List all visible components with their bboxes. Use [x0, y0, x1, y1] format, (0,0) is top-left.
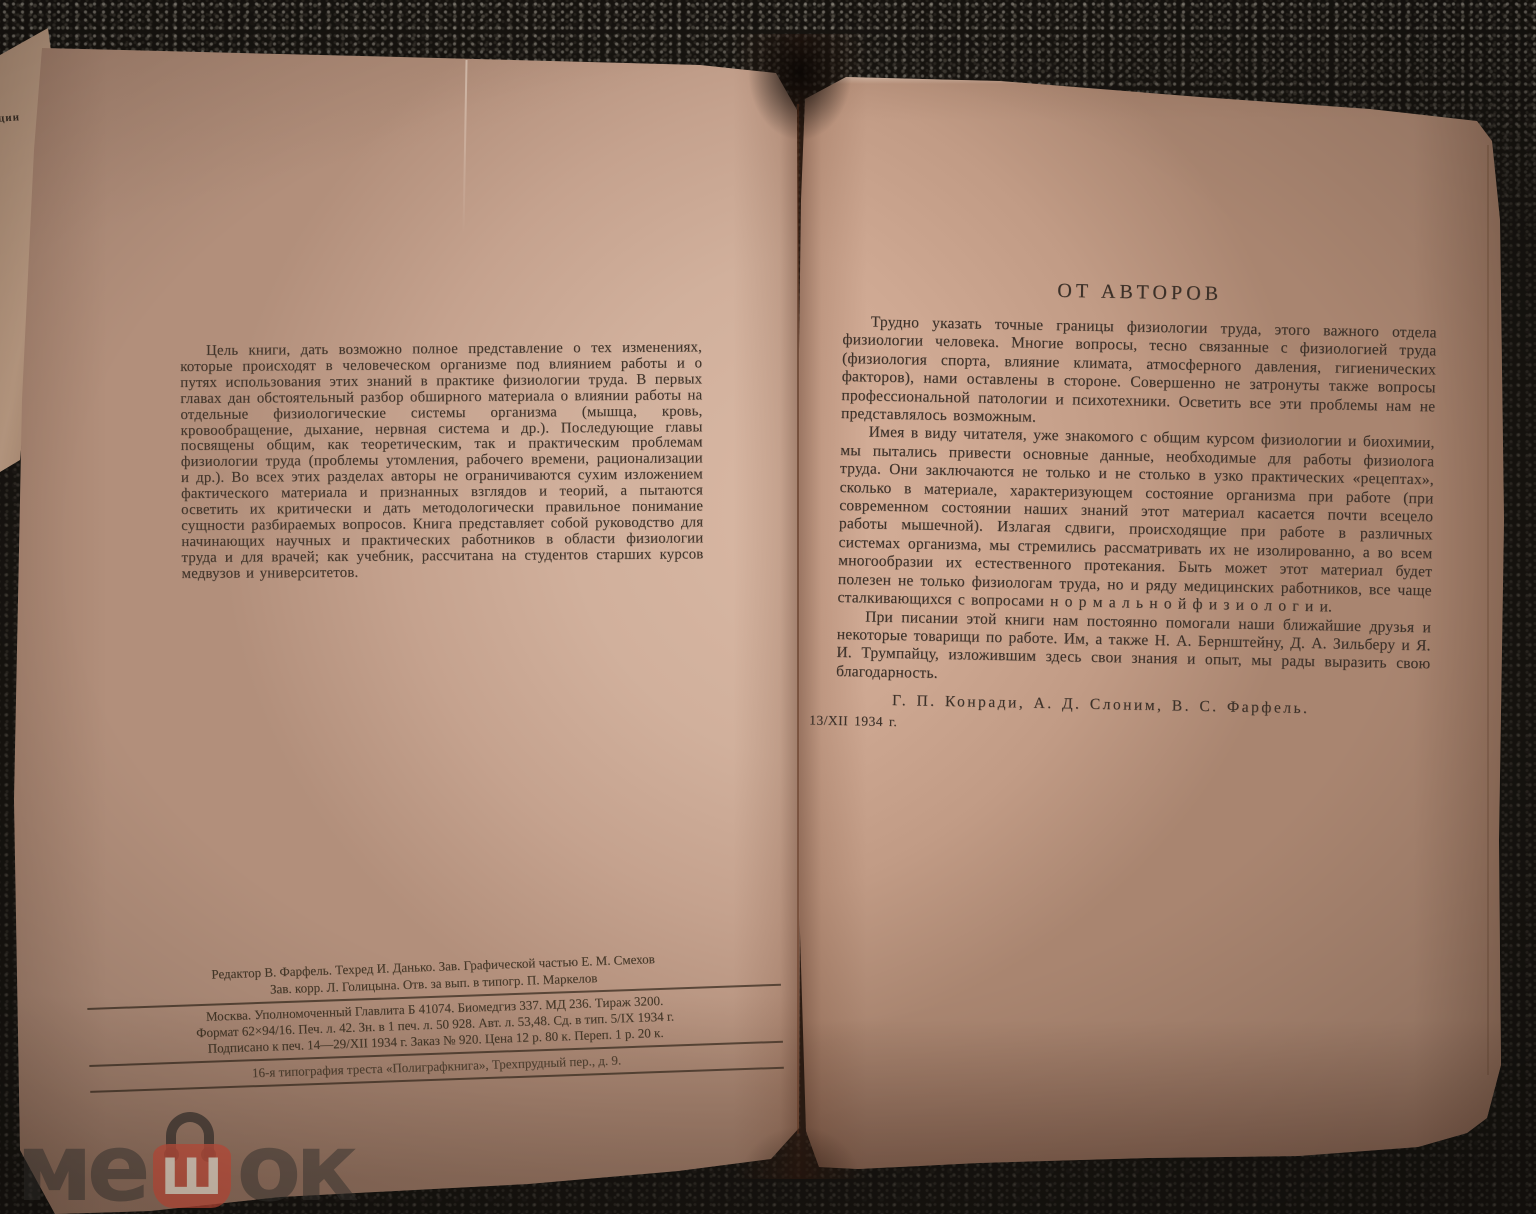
page-stack-edge: [1487, 145, 1489, 1075]
from-authors-text: Трудно указать точные границы физиологии…: [835, 313, 1437, 741]
book-photo: ции Цель книги, дать возможно полное пре…: [0, 0, 1536, 1214]
watermark-text-right: ок: [237, 1128, 353, 1210]
watermark-bag-letter: Ш: [153, 1151, 231, 1203]
meshok-watermark: ме Ш ок: [16, 1112, 353, 1210]
watermark-text-left: ме: [16, 1128, 145, 1210]
cover-edge-text: ции: [0, 111, 20, 125]
preface-paragraph-3: При писании этой книги нам постоянно пом…: [836, 607, 1431, 692]
preface-paragraph-2: Имея в виду читателя, уже знакомого с об…: [837, 423, 1434, 618]
colophon-block: Редактор В. Фарфель. Техред И. Данько. З…: [86, 946, 784, 1096]
preface-paragraph-1: Трудно указать точные границы физиологии…: [841, 313, 1437, 435]
annotation-paragraph: Цель книги, дать возможно полное предста…: [180, 340, 704, 582]
shopping-bag-icon: Ш: [153, 1112, 231, 1208]
